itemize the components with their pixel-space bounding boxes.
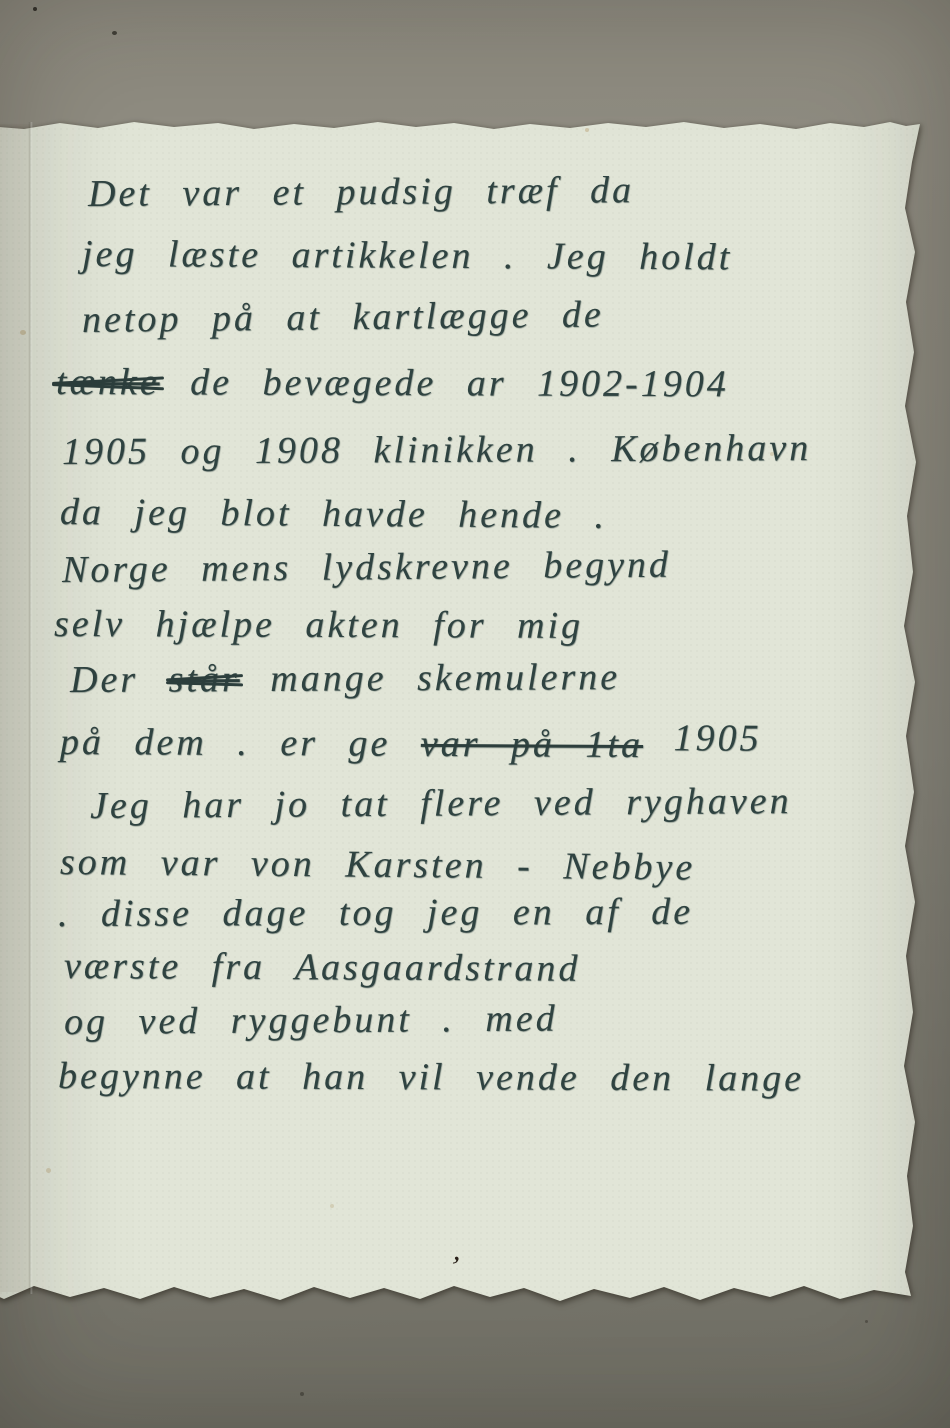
handwritten-line-13: . disse dage tog jeg en af de bbox=[58, 890, 693, 936]
line-text: 1905 bbox=[643, 717, 762, 760]
line-text: mange skemulerne bbox=[240, 656, 621, 700]
handwriting-layer: Det var et pudsig træf da jeg læste arti… bbox=[0, 0, 950, 1428]
scribbled-word: tænke bbox=[56, 361, 160, 403]
scribbled-word: står bbox=[168, 658, 239, 700]
handwritten-line-3: netop på at kartlægge de bbox=[82, 293, 604, 342]
handwritten-line-6: da jeg blot havde hende . bbox=[60, 490, 607, 538]
handwritten-line-4: tænke de bevægede ar 1902-1904 bbox=[56, 360, 729, 406]
handwritten-line-11: Jeg har jo tat flere ved ryghaven bbox=[90, 779, 792, 828]
line-text: de bevægede ar 1902-1904 bbox=[160, 361, 729, 405]
line-text: Der bbox=[70, 658, 169, 701]
handwritten-line-1: Det var et pudsig træf da bbox=[88, 168, 634, 216]
handwritten-line-10: på dem . er ge var på 1ta 1905 bbox=[60, 720, 762, 768]
handwritten-line-15: og ved ryggebunt . med bbox=[64, 997, 558, 1044]
handwritten-line-8: selv hjælpe akten for mig bbox=[54, 602, 583, 648]
struck-through-words: var på 1ta bbox=[421, 723, 643, 766]
ink-speck: , bbox=[451, 1234, 467, 1269]
handwritten-line-9: Der står mange skemulerne bbox=[70, 655, 620, 702]
photographed-letter: Det var et pudsig træf da jeg læste arti… bbox=[0, 0, 950, 1428]
handwritten-line-12: som var von Karsten - Nebbye bbox=[60, 840, 696, 890]
handwritten-line-16: begynne at han vil vende den lange bbox=[58, 1054, 804, 1101]
line-text: på dem . er ge bbox=[60, 721, 421, 765]
handwritten-line-5: 1905 og 1908 klinikken . København bbox=[62, 426, 811, 474]
handwritten-line-14: værste fra Aasgaardstrand bbox=[64, 944, 581, 991]
handwritten-line-2: jeg læste artikkelen . Jeg holdt bbox=[82, 232, 733, 279]
handwritten-line-7: Norge mens lydskrevne begynd bbox=[62, 543, 671, 592]
